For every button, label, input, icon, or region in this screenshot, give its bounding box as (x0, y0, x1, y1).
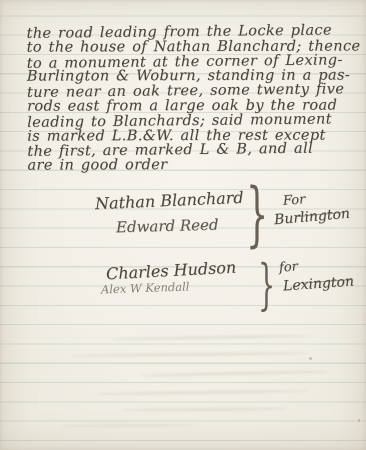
for-label-lexington: for (278, 259, 298, 275)
for-label-burlington: For (283, 192, 306, 209)
curly-brace: } (246, 182, 268, 246)
signature-edward-reed: Edward Reed (116, 216, 219, 237)
paper-speck (309, 357, 312, 360)
paper-speck (358, 419, 360, 422)
manuscript-page: the road leading from the Locke place to… (0, 0, 366, 450)
handwritten-line: are in good order (27, 158, 361, 174)
curly-brace: } (258, 260, 275, 310)
deed-description-paragraph: the road leading from the Locke place to… (26, 24, 361, 174)
